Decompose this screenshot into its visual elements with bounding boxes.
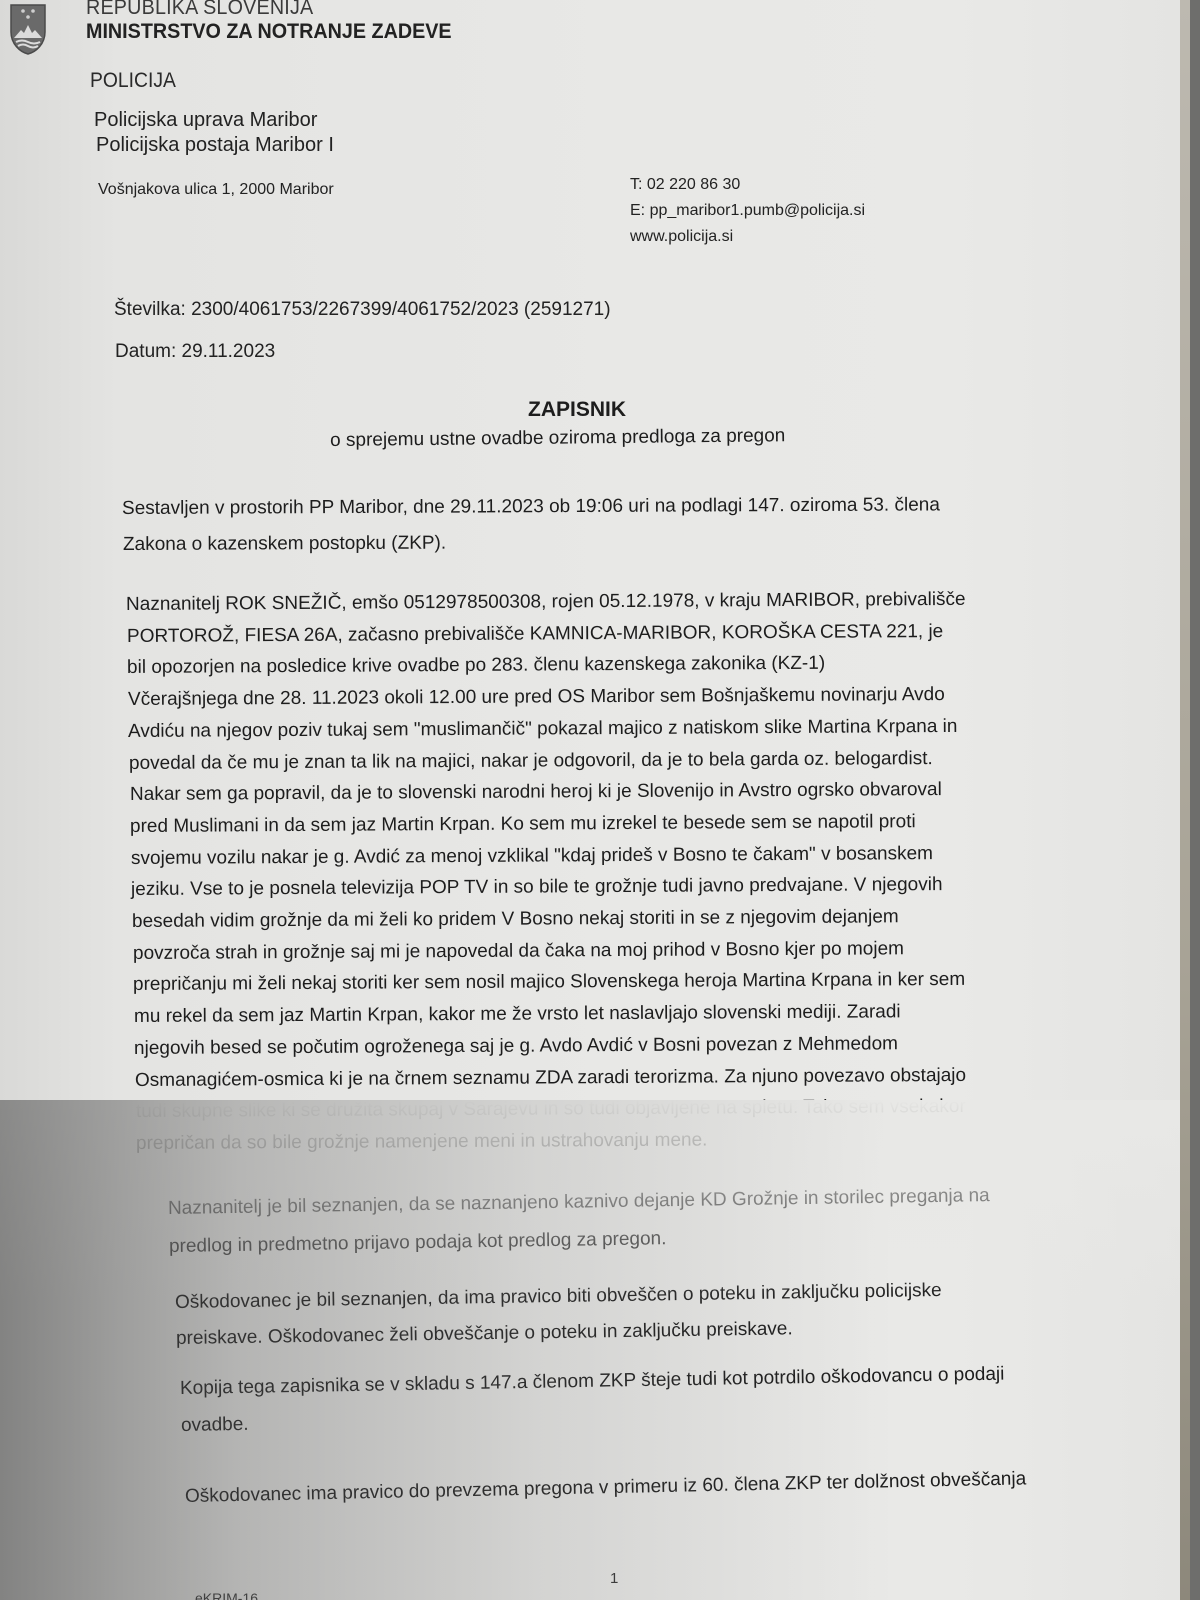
contact-phone: T: 02 220 86 30 (630, 172, 865, 198)
contact-block: T: 02 220 86 30 E: pp_maribor1.pumb@poli… (630, 172, 865, 250)
document-subtitle: o sprejemu ustne ovadbe oziroma predloga… (330, 425, 785, 452)
text-line: mu rekel da sem jaz Martin Krpan, kakor … (134, 1001, 901, 1028)
text-line: predlog in predmetno prijavo podaja kot … (168, 1228, 666, 1258)
contact-website: www.policija.si (630, 224, 865, 250)
header-republic: REPUBLIKA SLOVENIJA (86, 0, 313, 20)
text-line: prepričanju mi želi nekaj storiti ker se… (133, 969, 965, 996)
document-page: REPUBLIKA SLOVENIJA MINISTRSTVO ZA NOTRA… (0, 0, 1190, 1600)
reference-number: Številka: 2300/4061753/2267399/4061752/2… (114, 299, 611, 321)
header-police: POLICIJA (90, 69, 176, 93)
text-line: Sestavljen v prostorih PP Maribor, dne 2… (122, 494, 940, 520)
text-line: besedah vidim grožnje da mi želi ko prid… (132, 906, 899, 933)
text-line: povedal da če mu je znan ta lik na majic… (129, 748, 933, 775)
text-line: Osmanagićem-osmica ki je na črnem seznam… (135, 1064, 966, 1091)
text-line: njegovih besed se počutim ogroženega saj… (134, 1033, 898, 1060)
text-line: Včerajšnjega dne 28. 11.2023 okoli 12.00… (128, 684, 945, 711)
text-line: Avdiću na njegov poziv tukaj sem "muslim… (128, 716, 958, 743)
header-police-station: Policijska postaja Maribor I (96, 134, 334, 157)
document-title: ZAPISNIK (528, 398, 626, 422)
slovenia-coat-of-arms-icon (8, 2, 48, 56)
text-line: svojemu vozilu nakar je g. Avdić za meno… (131, 843, 933, 870)
text-line: Naznanitelj je bil seznanjen, da se nazn… (168, 1185, 990, 1220)
page-number: 1 (610, 1570, 618, 1587)
photo-shadow (0, 1100, 1190, 1600)
text-line: Oškodovanec je bil seznanjen, da ima pra… (175, 1280, 942, 1314)
header-ministry: MINISTRSTVO ZA NOTRANJE ZADEVE (86, 20, 452, 44)
header-police-directorate: Policijska uprava Maribor (94, 109, 317, 132)
header-address: Vošnjakova ulica 1, 2000 Maribor (98, 181, 334, 199)
text-line: bil opozorjen na posledice krive ovadbe … (127, 653, 825, 679)
text-line: preiskave. Oškodovanec želi obveščanje o… (175, 1318, 792, 1350)
text-line: Oškodovanec ima pravico do prevzema preg… (185, 1468, 1027, 1508)
text-line: pred Muslimani in da sem jaz Martin Krpa… (130, 811, 916, 838)
form-code: eKRIM-16 (195, 1590, 258, 1600)
text-line: Kopija tega zapisnika se v skladu s 147.… (180, 1364, 1005, 1400)
text-line: ovadbe. (180, 1414, 248, 1437)
reference-date: Datum: 29.11.2023 (115, 341, 275, 363)
paper-edge (1180, 0, 1190, 1600)
text-line: jeziku. Vse to je posnela televizija POP… (131, 874, 943, 901)
text-line: Zakona o kazenskem postopku (ZKP). (123, 533, 446, 556)
text-line: PORTOROŽ, FIESA 26A, začasno prebivališč… (127, 621, 943, 648)
text-line: povzroča strah in grožnje saj mi je napo… (133, 938, 904, 965)
text-line: Nakar sem ga popravil, da je to slovensk… (130, 779, 942, 806)
text-line: tudi skupne slike ki se družita skupaj v… (136, 1096, 966, 1123)
contact-email: E: pp_maribor1.pumb@policija.si (630, 198, 865, 224)
text-line: prepričan da so bile grožnje namenjene m… (136, 1129, 708, 1154)
text-line: Naznanitelj ROK SNEŽIČ, emšo 05129785003… (126, 589, 966, 616)
